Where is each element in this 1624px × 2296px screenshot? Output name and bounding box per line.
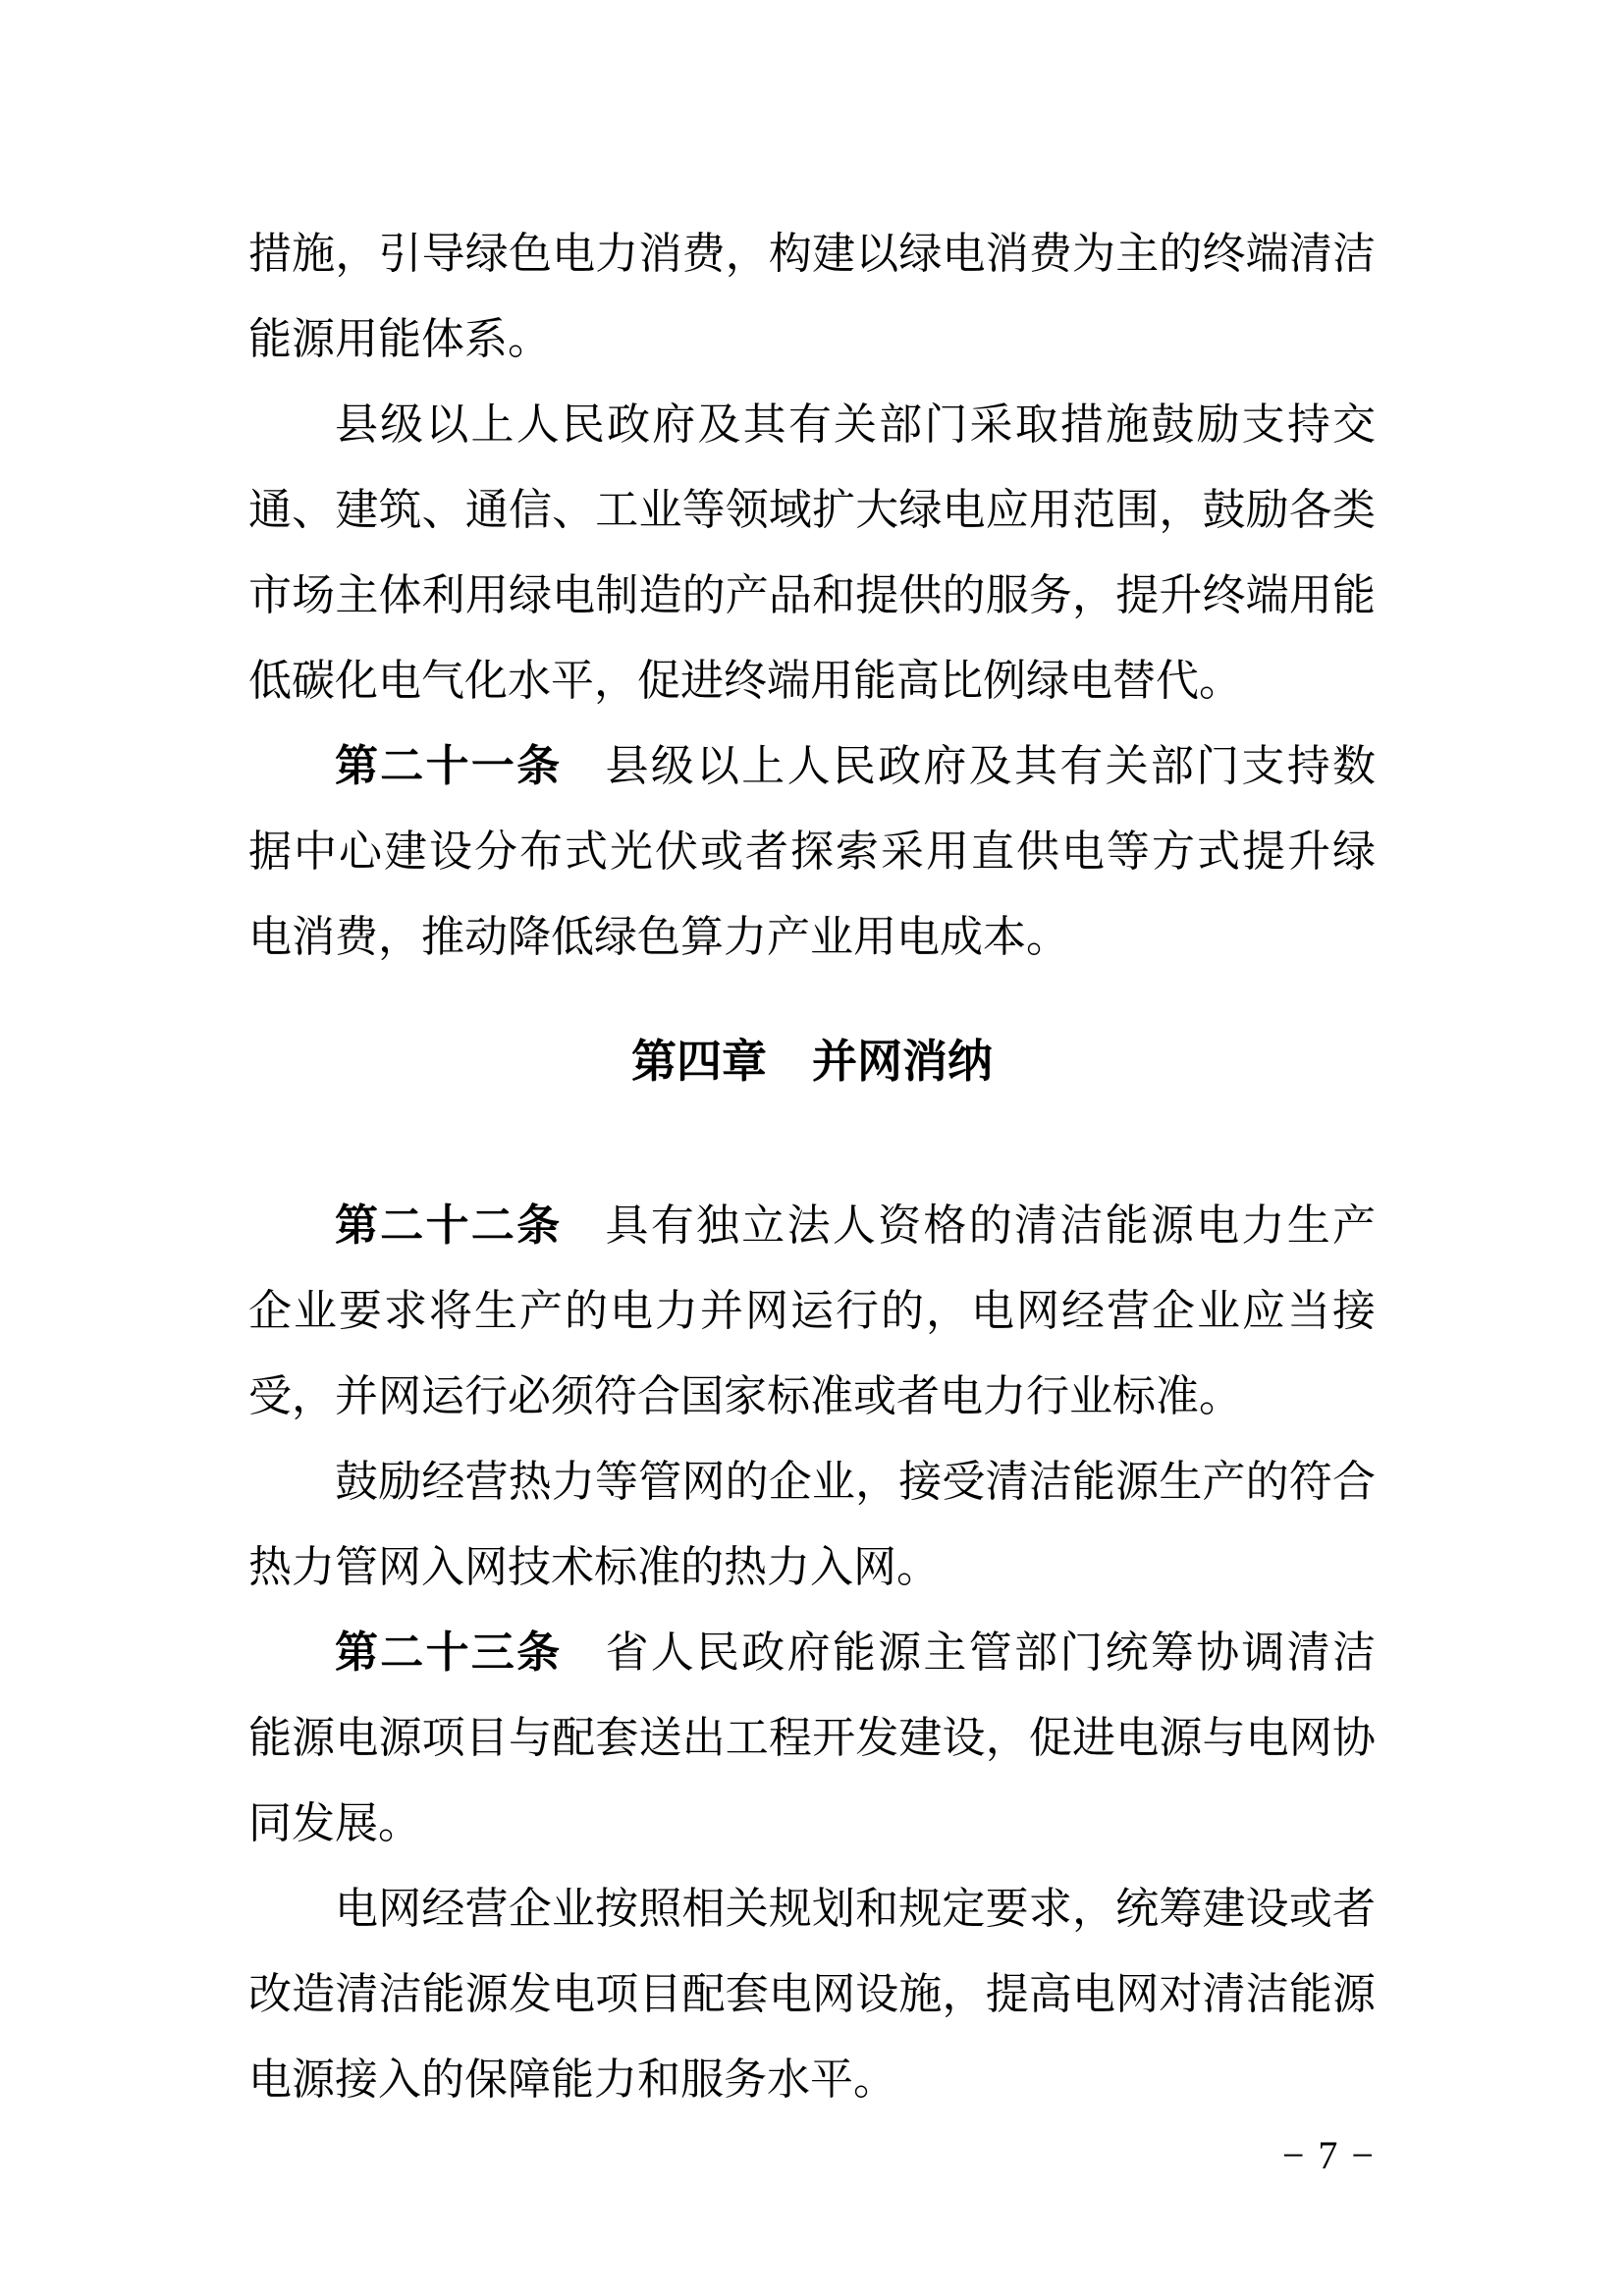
body-text-line: 电网经营企业按照相关规划和规定要求，统筹建设或者 bbox=[248, 1866, 1376, 1951]
page-number: − 7 − bbox=[248, 2132, 1376, 2178]
body-text-line: 市场主体利用绿电制造的产品和提供的服务，提升终端用能 bbox=[248, 553, 1376, 638]
body-text-line: 第二十三条省人民政府能源主管部门统筹协调清洁 bbox=[248, 1610, 1376, 1695]
body-text-line: 通、建筑、通信、工业等领域扩大绿电应用范围，鼓励各类 bbox=[248, 467, 1376, 553]
body-text-line: 据中心建设分布式光伏或者探索采用直供电等方式提升绿 bbox=[248, 809, 1376, 894]
body-text-line: 能源用能体系。 bbox=[248, 296, 1376, 382]
line-text: 具有独立法人资格的清洁能源电力生产 bbox=[605, 1201, 1376, 1250]
article-number: 第二十一条 bbox=[335, 742, 562, 790]
body-text-line: 能源电源项目与配套送出工程开发建设，促进电源与电网协 bbox=[248, 1695, 1376, 1781]
body-text-line: 低碳化电气化水平，促进终端用能高比例绿电替代。 bbox=[248, 638, 1376, 723]
document-page: 措施，引导绿色电力消费，构建以绿电消费为主的终端清洁 能源用能体系。 县级以上人… bbox=[0, 0, 1624, 2296]
body-text-line: 企业要求将生产的电力并网运行的，电网经营企业应当接 bbox=[248, 1268, 1376, 1354]
body-text-line: 电消费，推动降低绿色算力产业用电成本。 bbox=[248, 894, 1376, 980]
body-text-line: 县级以上人民政府及其有关部门采取措施鼓励支持交 bbox=[248, 382, 1376, 467]
body-text-line: 措施，引导绿色电力消费，构建以绿电消费为主的终端清洁 bbox=[248, 211, 1376, 296]
body-text-line: 同发展。 bbox=[248, 1781, 1376, 1866]
body-text-line: 第二十二条具有独立法人资格的清洁能源电力生产 bbox=[248, 1183, 1376, 1268]
body-text-line: 热力管网入网技术标准的热力入网。 bbox=[248, 1524, 1376, 1610]
body-text-line: 鼓励经营热力等管网的企业，接受清洁能源生产的符合 bbox=[248, 1439, 1376, 1524]
article-number: 第二十三条 bbox=[335, 1629, 562, 1677]
body-text-line: 改造清洁能源发电项目配套电网设施，提高电网对清洁能源 bbox=[248, 1951, 1376, 2037]
article-number: 第二十二条 bbox=[335, 1201, 562, 1250]
body-text-line: 第二十一条县级以上人民政府及其有关部门支持数 bbox=[248, 723, 1376, 809]
body-text-line: 电源接入的保障能力和服务水平。 bbox=[248, 2037, 1376, 2122]
line-text: 省人民政府能源主管部门统筹协调清洁 bbox=[605, 1629, 1376, 1677]
chapter-heading: 第四章 并网消纳 bbox=[248, 1019, 1376, 1104]
document-body: 措施，引导绿色电力消费，构建以绿电消费为主的终端清洁 能源用能体系。 县级以上人… bbox=[248, 211, 1376, 2122]
body-text-line: 受，并网运行必须符合国家标准或者电力行业标准。 bbox=[248, 1354, 1376, 1439]
line-text: 县级以上人民政府及其有关部门支持数 bbox=[605, 742, 1376, 790]
